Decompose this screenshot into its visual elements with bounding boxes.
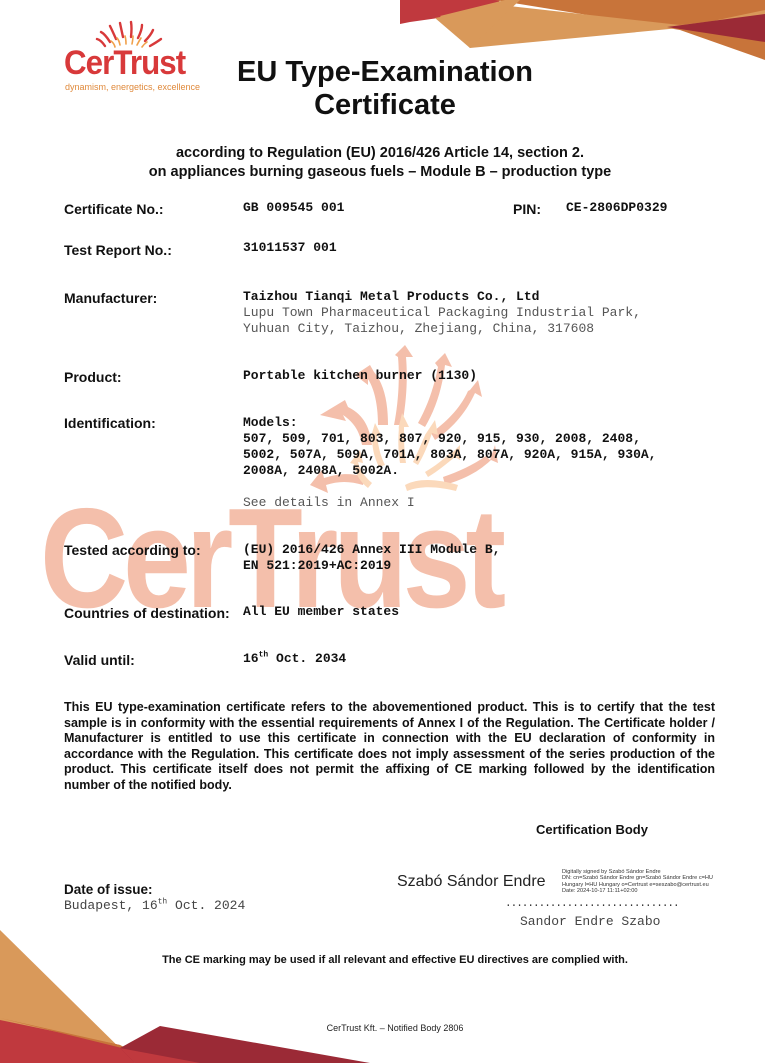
signer-typed-name: Sandor Endre Szabo: [520, 914, 660, 929]
digital-signature-line-3: Hungary l=HU Hungary o=Certrust e=seszab…: [562, 882, 713, 888]
issue-rest: Oct. 2024: [167, 898, 245, 913]
valid-until-value: 16th Oct. 2034: [243, 651, 346, 667]
countries-label: Countries of destination:: [64, 605, 230, 621]
date-of-issue-value: Budapest, 16th Oct. 2024: [64, 898, 245, 913]
valid-until-suffix: th: [259, 651, 269, 660]
models-heading: Models:: [243, 415, 298, 431]
issue-day: 16: [142, 898, 158, 913]
product-label: Product:: [64, 369, 122, 385]
logo-wordmark: CerTrust: [64, 44, 185, 83]
title-line-1: EU Type-Examination: [200, 56, 570, 89]
tested-according-line-1: (EU) 2016/426 Annex III Module B,: [243, 542, 500, 558]
tested-according-label: Tested according to:: [64, 542, 201, 558]
test-report-no-label: Test Report No.:: [64, 242, 172, 258]
manufacturer-address-line-1: Lupu Town Pharmaceutical Packaging Indus…: [243, 305, 641, 321]
digital-signature-line-2: DN: cn=Szabó Sándor Endre gn=Szabó Sándo…: [562, 875, 713, 881]
manufacturer-name: Taizhou Tianqi Metal Products Co., Ltd: [243, 289, 539, 305]
valid-until-day: 16: [243, 651, 259, 666]
pin-value: CE-2806DP0329: [566, 200, 667, 216]
footer-notified-body: CerTrust Kft. – Notified Body 2806: [0, 1023, 765, 1033]
manufacturer-address-line-2: Yuhuan City, Taizhou, Zhejiang, China, 3…: [243, 321, 594, 337]
digital-signature-details: Digitally signed by Szabó Sándor Endre D…: [562, 869, 713, 894]
subtitle-line-1: according to Regulation (EU) 2016/426 Ar…: [60, 144, 700, 163]
logo-tagline: dynamism, energetics, excellence: [65, 82, 200, 92]
digital-signature-line-4: Date: 2024-10-17 11:11+02:00: [562, 888, 713, 894]
tested-according-line-2: EN 521:2019+AC:2019: [243, 558, 391, 574]
identification-label: Identification:: [64, 415, 156, 431]
test-report-no-value: 31011537 001: [243, 240, 337, 256]
models-line-2: 5002, 507A, 509A, 701A, 803A, 807A, 920A…: [243, 447, 656, 463]
product-value: Portable kitchen burner (1130): [243, 368, 477, 384]
certificate-no-value: GB 009545 001: [243, 200, 344, 216]
title-line-2: Certificate: [200, 89, 570, 122]
valid-until-label: Valid until:: [64, 652, 135, 668]
date-of-issue-label: Date of issue:: [64, 882, 153, 897]
certificate-no-label: Certificate No.:: [64, 201, 164, 217]
certificate-statement: This EU type-examination certificate ref…: [64, 700, 715, 793]
certification-body-heading: Certification Body: [536, 822, 648, 837]
issue-place: Budapest,: [64, 898, 142, 913]
certificate-page: CerTrust dynamism, energetics, excellenc…: [0, 0, 765, 1063]
page-title: EU Type-Examination Certificate: [200, 56, 570, 122]
valid-until-rest: Oct. 2034: [268, 651, 346, 666]
models-line-1: 507, 509, 701, 803, 807, 920, 915, 930, …: [243, 431, 641, 447]
models-line-3: 2008A, 2408A, 5002A.: [243, 463, 399, 479]
manufacturer-label: Manufacturer:: [64, 290, 157, 306]
signature-line: ...............................: [505, 898, 679, 910]
annex-note: See details in Annex I: [243, 495, 415, 511]
countries-value: All EU member states: [243, 604, 399, 620]
certrust-logo: CerTrust dynamism, energetics, excellenc…: [62, 20, 197, 90]
subtitle: according to Regulation (EU) 2016/426 Ar…: [60, 144, 700, 182]
signer-name: Szabó Sándor Endre: [397, 873, 546, 891]
issue-day-suffix: th: [158, 898, 168, 907]
ce-marking-note: The CE marking may be used if all releva…: [0, 954, 765, 966]
pin-label: PIN:: [513, 201, 541, 217]
subtitle-line-2: on appliances burning gaseous fuels – Mo…: [60, 163, 700, 182]
